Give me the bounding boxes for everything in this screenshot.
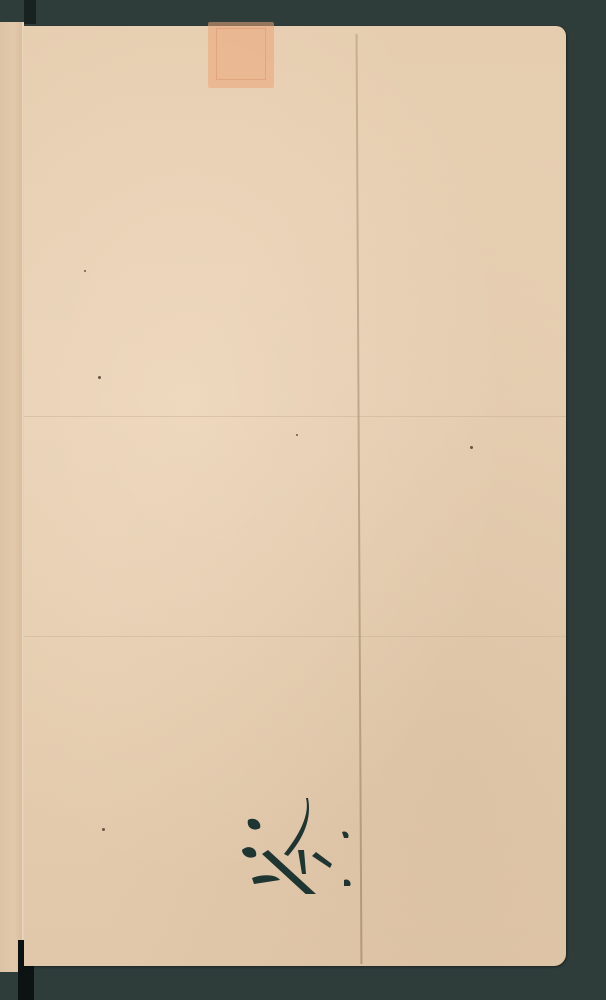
handwritten-character bbox=[232, 794, 352, 894]
paper-speck bbox=[470, 446, 473, 449]
paper-speck bbox=[98, 376, 101, 379]
paper-crease bbox=[24, 636, 566, 637]
collector-seal bbox=[208, 22, 274, 88]
handwritten-text: 癸 bbox=[24, 26, 25, 27]
paper-crease bbox=[24, 416, 566, 417]
paper-speck bbox=[102, 828, 105, 831]
spine-top-shadow bbox=[24, 0, 36, 24]
seal-border bbox=[216, 28, 266, 80]
book-page: 癸 bbox=[24, 26, 566, 966]
previous-page-edge bbox=[0, 22, 24, 972]
paper-speck bbox=[296, 434, 298, 436]
page-fold-line bbox=[356, 34, 363, 964]
paper-speck bbox=[84, 270, 86, 272]
scan-background: 癸 bbox=[0, 0, 606, 1000]
